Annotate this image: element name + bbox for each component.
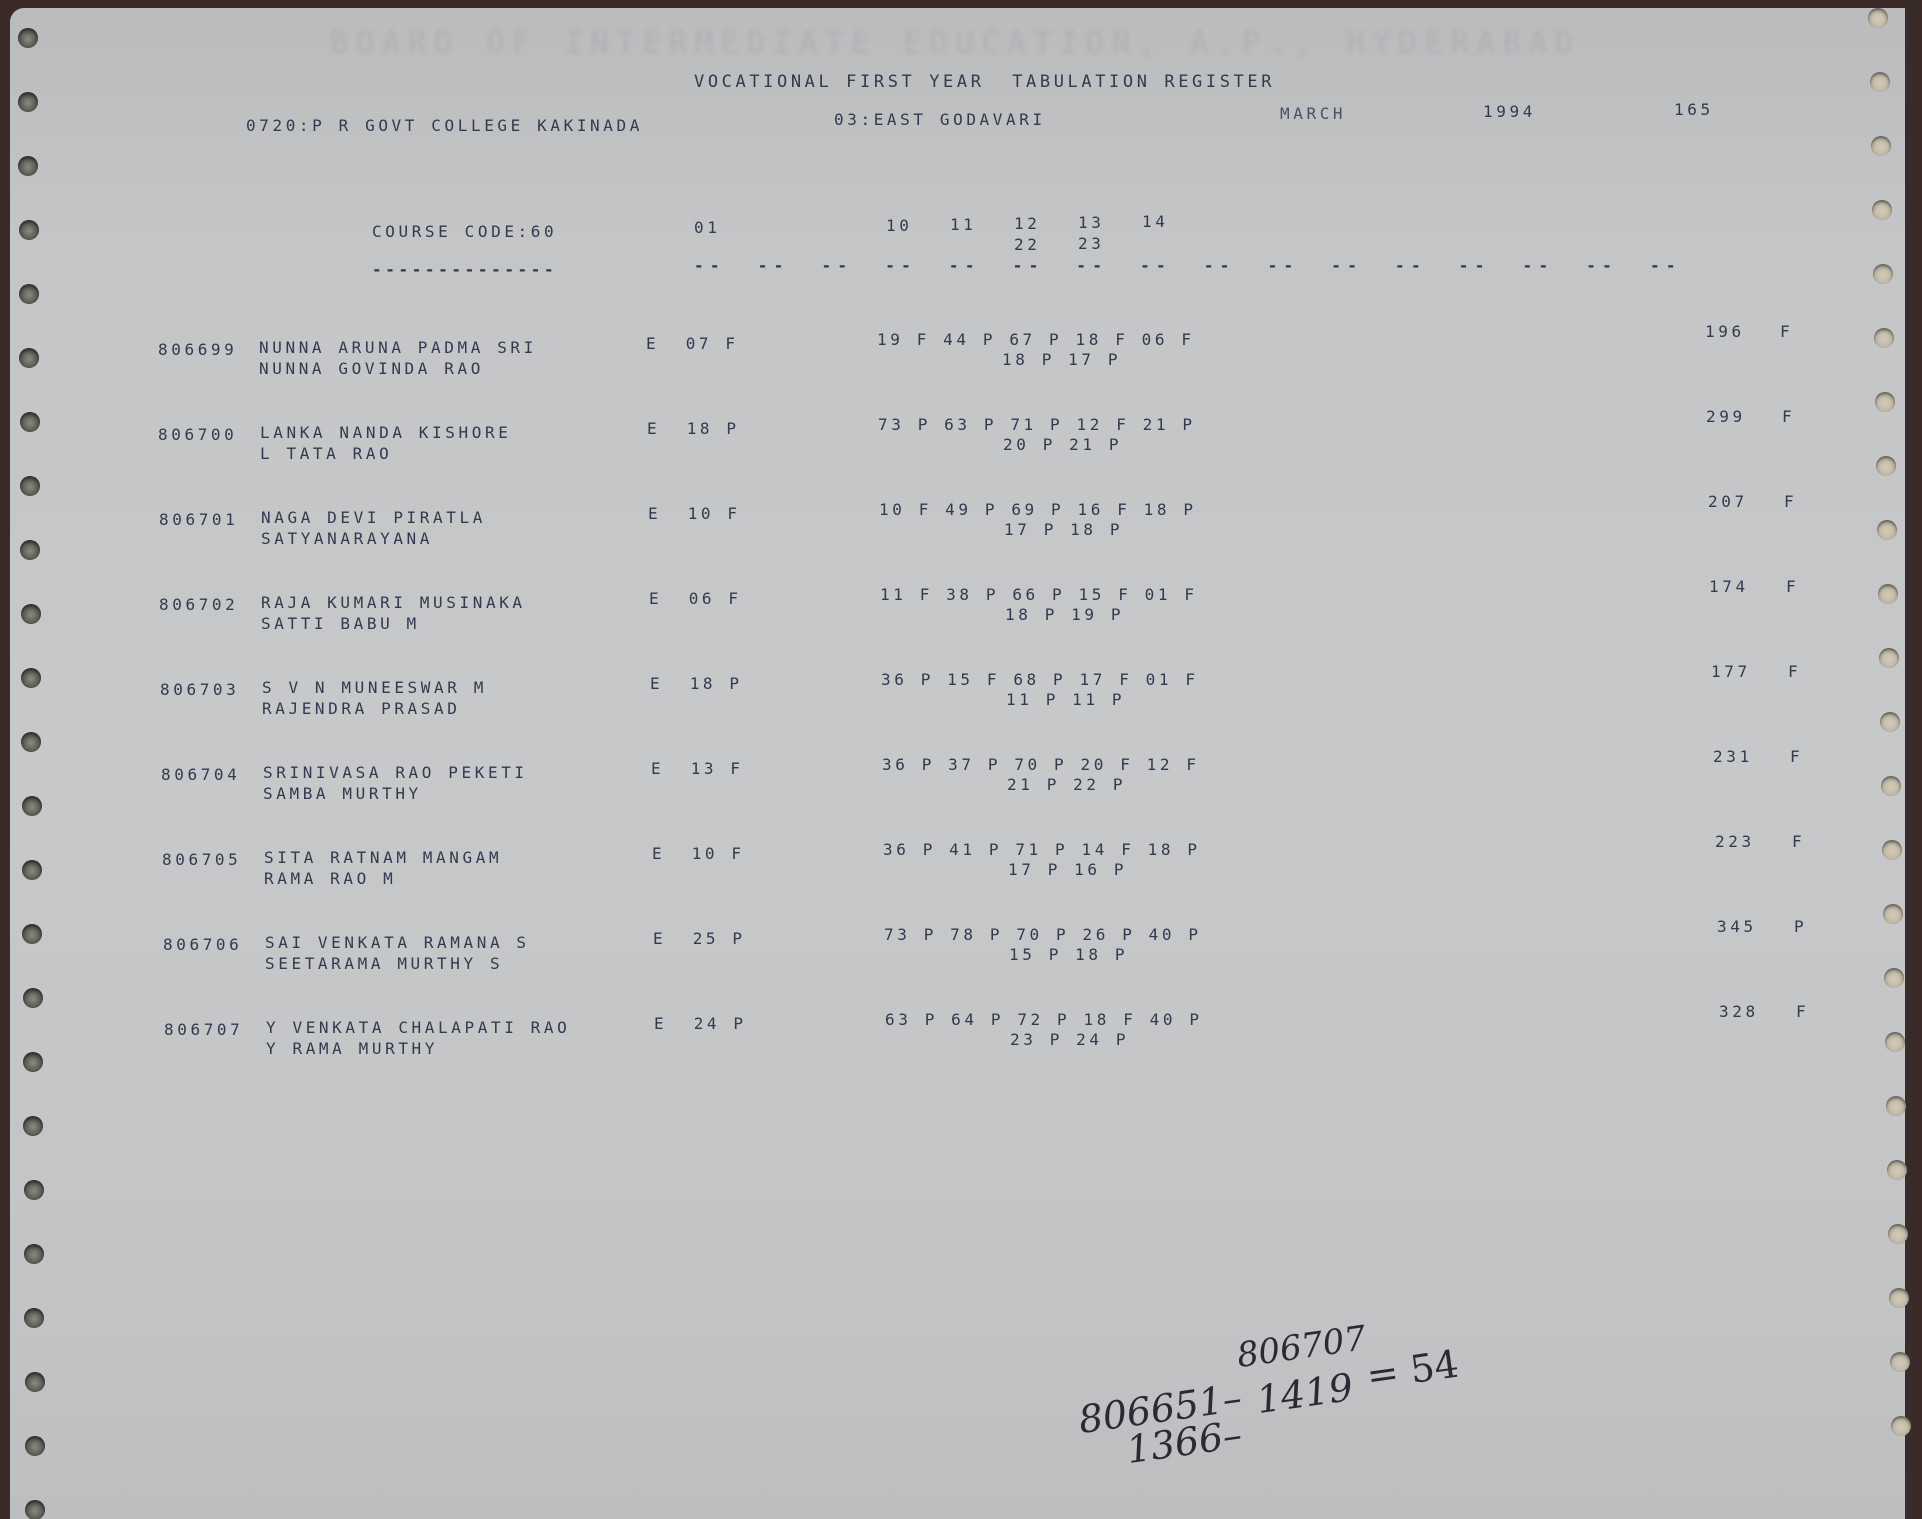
language-mark: E 18 P bbox=[647, 419, 740, 438]
father-name: SATYANARAYANA bbox=[261, 529, 433, 548]
subject-marks-row1: 73 P 63 P 71 P 12 F 21 P bbox=[878, 415, 1196, 434]
feed-hole bbox=[1879, 648, 1899, 668]
student-id: 806707 bbox=[164, 1020, 243, 1039]
feed-hole bbox=[1890, 1352, 1910, 1372]
feed-hole bbox=[21, 732, 41, 752]
feed-hole bbox=[25, 1372, 45, 1392]
feed-hole bbox=[1885, 1032, 1905, 1052]
result-status: F bbox=[1782, 407, 1795, 426]
subject-marks-row1: 11 F 38 P 66 P 15 F 01 F bbox=[880, 585, 1198, 604]
total-marks: 328 bbox=[1719, 1002, 1759, 1021]
subject-code-14: 14 bbox=[1142, 212, 1168, 231]
student-name: NAGA DEVI PIRATLA bbox=[261, 508, 486, 527]
feed-hole bbox=[1870, 72, 1890, 92]
feed-hole bbox=[22, 924, 42, 944]
language-mark: E 10 F bbox=[648, 504, 741, 523]
feed-hole bbox=[18, 156, 38, 176]
column-separator: -- -- -- -- -- -- -- -- -- -- -- -- -- -… bbox=[694, 256, 1682, 275]
total-marks: 174 bbox=[1709, 577, 1749, 596]
college-name: 0720:P R GOVT COLLEGE KAKINADA bbox=[246, 116, 643, 135]
feed-hole bbox=[1887, 1160, 1907, 1180]
student-id: 806701 bbox=[159, 510, 238, 529]
handwritten-serial-end: 1419 bbox=[1254, 1365, 1356, 1422]
exam-month: MARCH bbox=[1280, 104, 1346, 123]
feed-hole bbox=[1883, 904, 1903, 924]
total-marks: 196 bbox=[1705, 322, 1745, 341]
subject-marks-row2: 17 P 18 P bbox=[1004, 520, 1123, 539]
feed-hole bbox=[23, 988, 43, 1008]
feed-hole bbox=[1880, 712, 1900, 732]
feed-hole bbox=[1882, 840, 1902, 860]
feed-hole bbox=[21, 604, 41, 624]
feed-hole bbox=[24, 1308, 44, 1328]
language-mark: E 06 F bbox=[649, 589, 742, 608]
feed-hole bbox=[24, 1180, 44, 1200]
language-mark: E 10 F bbox=[652, 844, 745, 863]
father-name: SEETARAMA MURTHY S bbox=[265, 954, 503, 973]
student-name: SITA RATNAM MANGAM bbox=[264, 848, 502, 867]
student-id: 806706 bbox=[163, 935, 242, 954]
student-name: RAJA KUMARI MUSINAKA bbox=[261, 593, 526, 612]
feed-hole bbox=[23, 1116, 43, 1136]
feed-hole bbox=[1868, 8, 1888, 28]
course-code-label: COURSE CODE:60 bbox=[372, 222, 557, 241]
feed-hole bbox=[1878, 584, 1898, 604]
result-status: F bbox=[1792, 832, 1805, 851]
subject-code-12: 12 bbox=[1014, 214, 1040, 233]
feed-hole bbox=[1889, 1288, 1909, 1308]
student-id: 806703 bbox=[160, 680, 239, 699]
feed-hole bbox=[23, 1052, 43, 1072]
district-name: 03:EAST GODAVARI bbox=[834, 110, 1046, 129]
register-title: VOCATIONAL FIRST YEAR TABULATION REGISTE… bbox=[694, 72, 1275, 92]
subject-code-10: 10 bbox=[886, 216, 912, 235]
subject-code-13: 13 bbox=[1078, 213, 1104, 232]
student-name: S V N MUNEESWAR M bbox=[262, 678, 487, 697]
father-name: NUNNA GOVINDA RAO bbox=[259, 359, 484, 378]
feed-hole bbox=[20, 476, 40, 496]
student-id: 806704 bbox=[161, 765, 240, 784]
feed-hole bbox=[1872, 200, 1892, 220]
student-name: LANKA NANDA KISHORE bbox=[260, 423, 511, 442]
feed-hole bbox=[1877, 520, 1897, 540]
student-id: 806702 bbox=[159, 595, 238, 614]
subject-marks-row1: 63 P 64 P 72 P 18 F 40 P bbox=[885, 1010, 1203, 1029]
feed-hole bbox=[19, 284, 39, 304]
subject-marks-row1: 10 F 49 P 69 P 16 F 18 P bbox=[879, 500, 1197, 519]
subject-marks-row1: 73 P 78 P 70 P 26 P 40 P bbox=[884, 925, 1202, 944]
student-name: Y VENKATA CHALAPATI RAO bbox=[266, 1018, 570, 1037]
course-underline: -------------- bbox=[372, 260, 557, 279]
feed-hole bbox=[19, 348, 39, 368]
feed-hole bbox=[21, 668, 41, 688]
total-marks: 223 bbox=[1715, 832, 1755, 851]
subject-marks-row1: 36 P 37 P 70 P 20 F 12 F bbox=[882, 755, 1200, 774]
father-name: Y RAMA MURTHY bbox=[266, 1039, 438, 1058]
feed-hole bbox=[1873, 264, 1893, 284]
language-mark: E 07 F bbox=[646, 334, 739, 353]
feed-hole bbox=[1886, 1096, 1906, 1116]
student-id: 806700 bbox=[158, 425, 237, 444]
total-marks: 345 bbox=[1717, 917, 1757, 936]
language-mark: E 18 P bbox=[650, 674, 743, 693]
feed-hole bbox=[19, 220, 39, 240]
total-marks: 231 bbox=[1713, 747, 1753, 766]
subject-marks-row2: 23 P 24 P bbox=[1010, 1030, 1129, 1049]
result-status: F bbox=[1780, 322, 1793, 341]
feed-hole bbox=[1874, 328, 1894, 348]
father-name: RAMA RAO M bbox=[264, 869, 396, 888]
feed-hole bbox=[24, 1244, 44, 1264]
father-name: L TATA RAO bbox=[260, 444, 392, 463]
feed-hole bbox=[1888, 1224, 1908, 1244]
feed-hole bbox=[22, 860, 42, 880]
faded-board-header: BOARD OF INTERMEDIATE EDUCATION, A.P., H… bbox=[330, 26, 1600, 66]
result-status: F bbox=[1786, 577, 1799, 596]
feed-hole bbox=[1871, 136, 1891, 156]
language-mark: E 25 P bbox=[653, 929, 746, 948]
subject-marks-row2: 21 P 22 P bbox=[1007, 775, 1126, 794]
subject-marks-row2: 11 P 11 P bbox=[1006, 690, 1125, 709]
total-marks: 207 bbox=[1708, 492, 1748, 511]
subject-marks-row1: 36 P 15 F 68 P 17 F 01 F bbox=[881, 670, 1199, 689]
subject-code-23: 23 bbox=[1078, 234, 1104, 253]
student-name: SRINIVASA RAO PEKETI bbox=[263, 763, 528, 782]
result-status: F bbox=[1788, 662, 1801, 681]
result-status: P bbox=[1794, 917, 1807, 936]
subject-code-11: 11 bbox=[950, 215, 976, 234]
total-marks: 299 bbox=[1706, 407, 1746, 426]
page-number: 165 bbox=[1674, 100, 1714, 119]
feed-hole bbox=[1881, 776, 1901, 796]
feed-hole bbox=[1884, 968, 1904, 988]
student-id: 806699 bbox=[158, 340, 237, 359]
feed-hole bbox=[1875, 392, 1895, 412]
subject-marks-row2: 20 P 21 P bbox=[1003, 435, 1122, 454]
subject-code-22: 22 bbox=[1014, 235, 1040, 254]
feed-hole bbox=[18, 92, 38, 112]
exam-year: 1994 bbox=[1483, 102, 1536, 121]
result-status: F bbox=[1784, 492, 1797, 511]
feed-hole bbox=[1876, 456, 1896, 476]
feed-hole bbox=[1891, 1416, 1911, 1436]
result-status: F bbox=[1796, 1002, 1809, 1021]
feed-hole bbox=[25, 1500, 45, 1519]
subject-marks-row2: 18 P 17 P bbox=[1002, 350, 1121, 369]
father-name: RAJENDRA PRASAD bbox=[262, 699, 461, 718]
subject-marks-row1: 36 P 41 P 71 P 14 F 18 P bbox=[883, 840, 1201, 859]
feed-hole bbox=[22, 796, 42, 816]
father-name: SAMBA MURTHY bbox=[263, 784, 422, 803]
handwritten-count: = 54 bbox=[1364, 1342, 1462, 1398]
feed-hole bbox=[20, 412, 40, 432]
feed-hole bbox=[18, 28, 38, 48]
language-mark: E 24 P bbox=[654, 1014, 747, 1033]
feed-hole bbox=[25, 1436, 45, 1456]
subject-code-01: 01 bbox=[694, 218, 720, 237]
student-name: SAI VENKATA RAMANA S bbox=[265, 933, 530, 952]
subject-marks-row2: 18 P 19 P bbox=[1005, 605, 1124, 624]
subject-marks-row2: 17 P 16 P bbox=[1008, 860, 1127, 879]
total-marks: 177 bbox=[1711, 662, 1751, 681]
student-id: 806705 bbox=[162, 850, 241, 869]
language-mark: E 13 F bbox=[651, 759, 744, 778]
result-status: F bbox=[1790, 747, 1803, 766]
student-name: NUNNA ARUNA PADMA SRI bbox=[259, 338, 537, 357]
subject-marks-row1: 19 F 44 P 67 P 18 F 06 F bbox=[877, 330, 1195, 349]
feed-hole bbox=[20, 540, 40, 560]
father-name: SATTI BABU M bbox=[261, 614, 420, 633]
subject-marks-row2: 15 P 18 P bbox=[1009, 945, 1128, 964]
printout-sheet: BOARD OF INTERMEDIATE EDUCATION, A.P., H… bbox=[10, 8, 1905, 1519]
